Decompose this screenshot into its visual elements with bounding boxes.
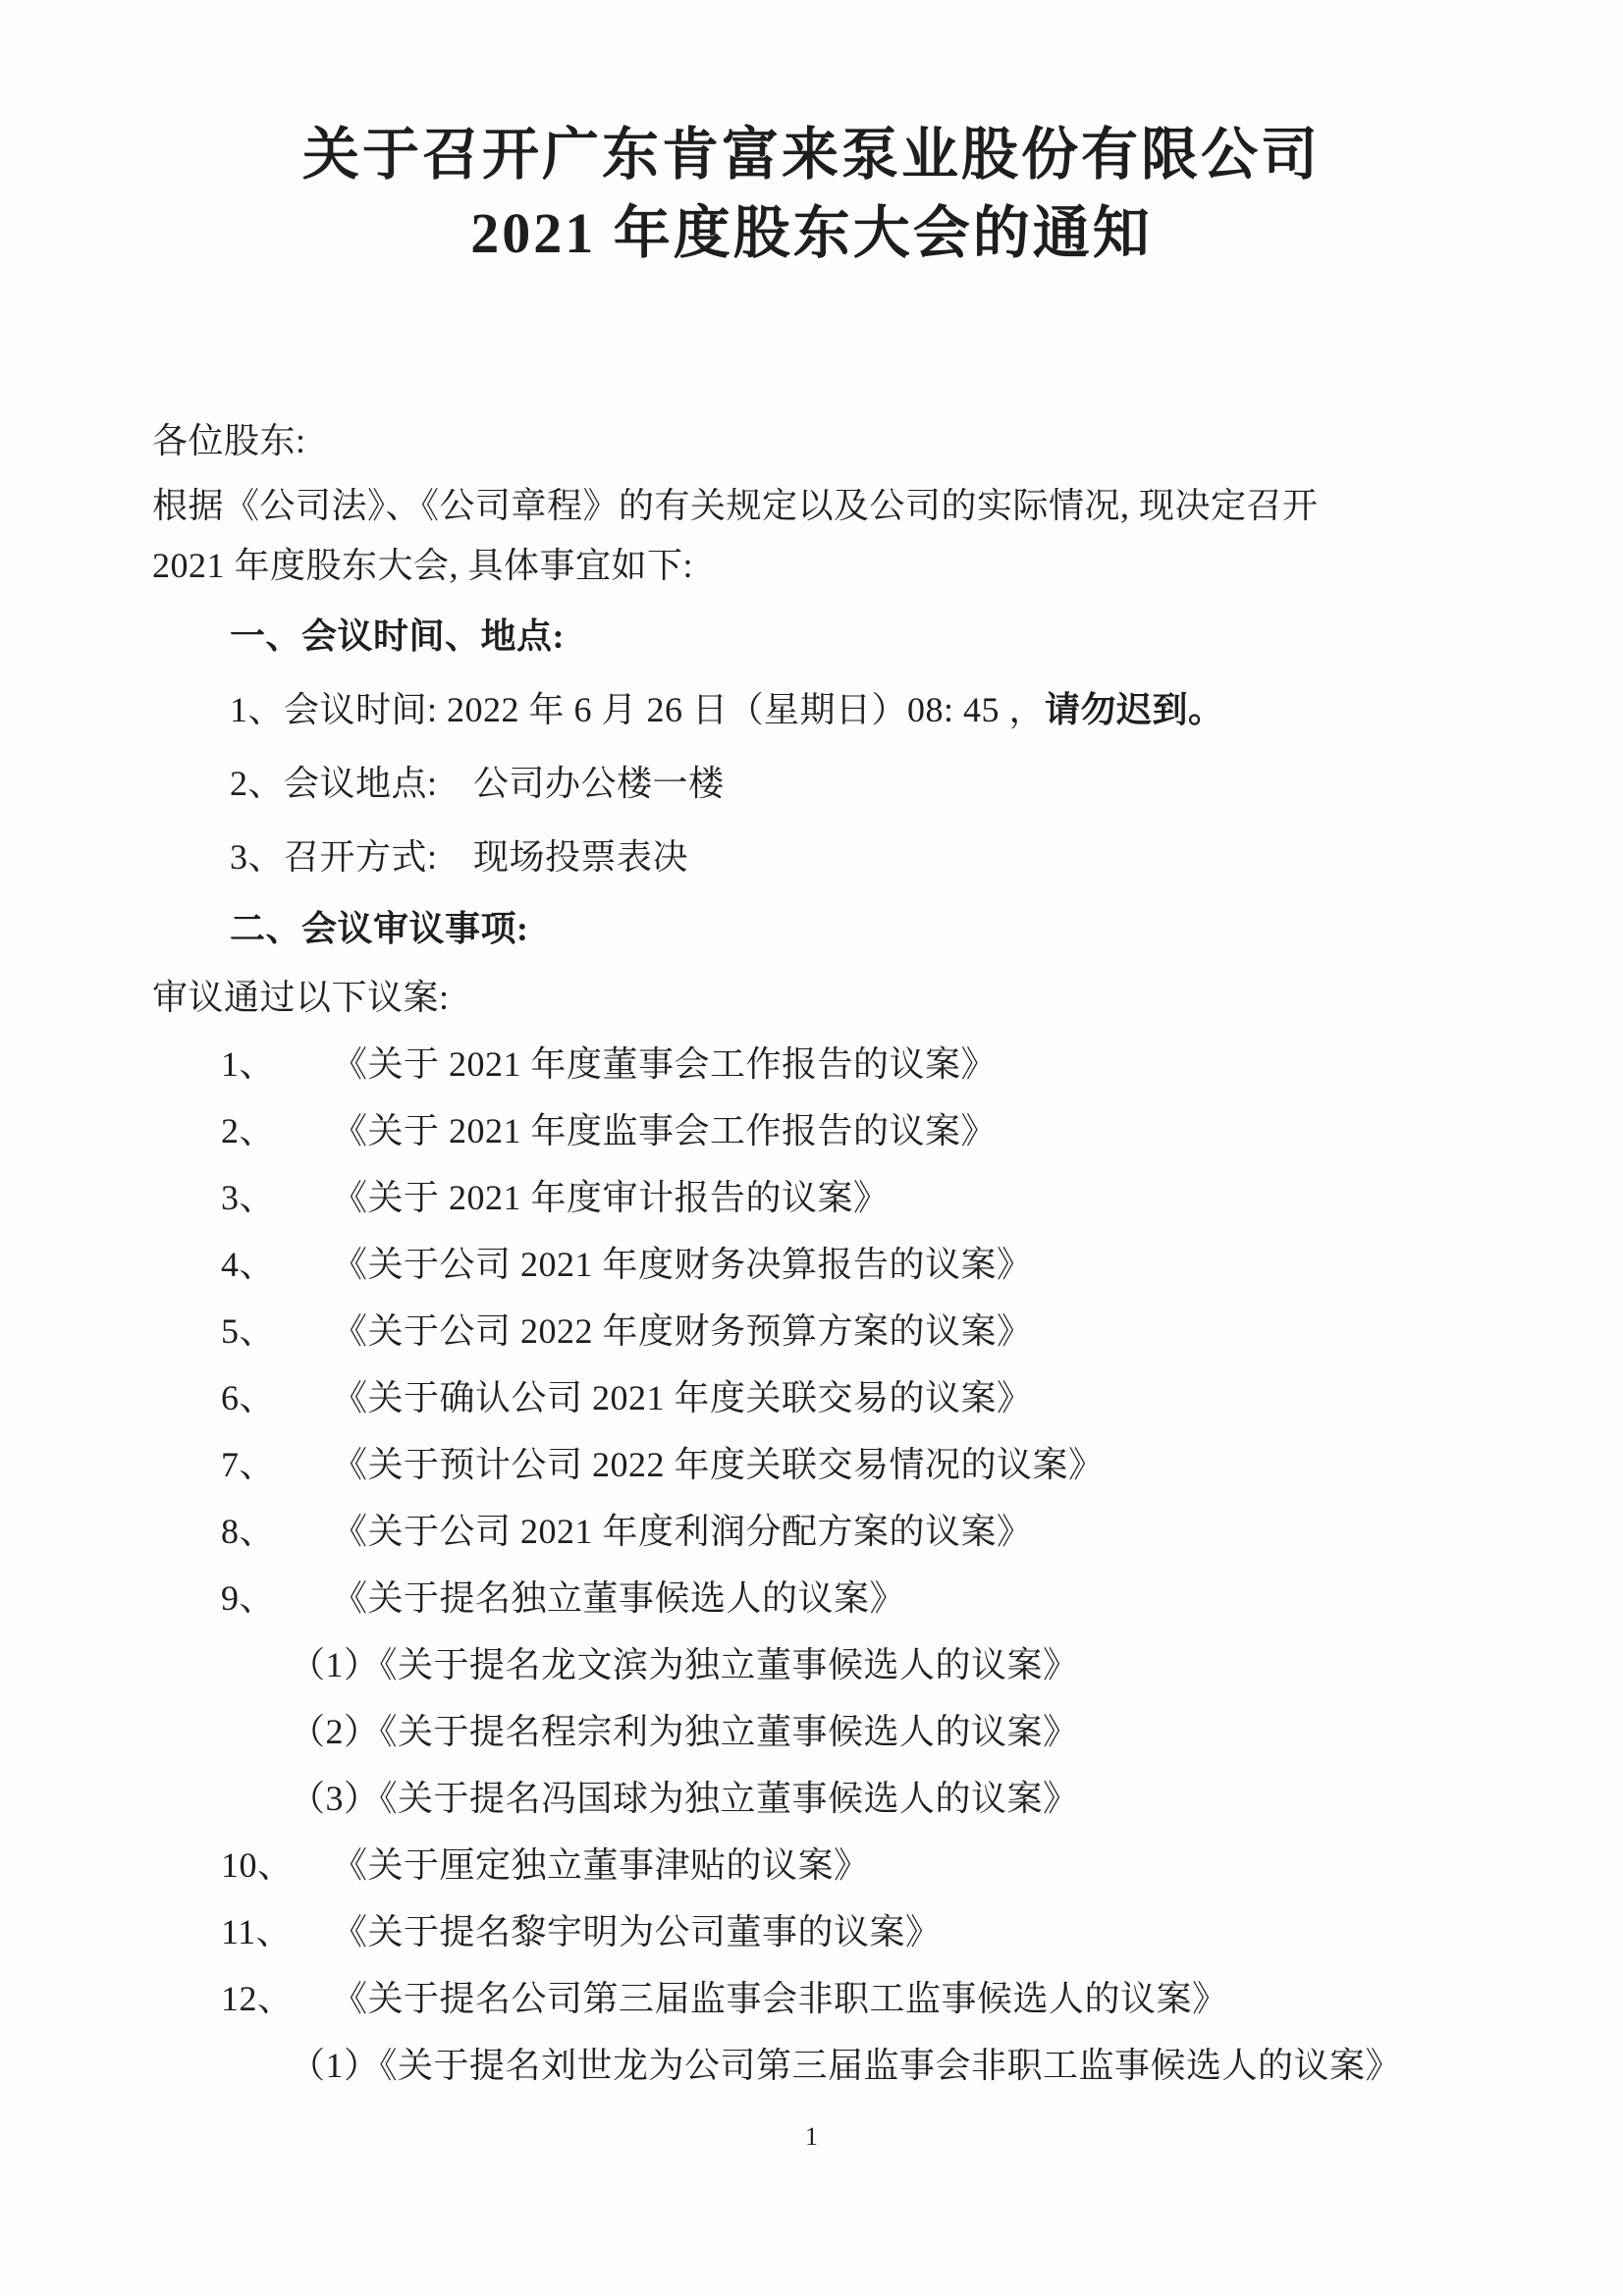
proposal-row: 5、《关于公司 2022 年度财务预算方案的议案》 (152, 1302, 1471, 1362)
section-heading-meeting-time-place: 一、会议时间、地点: (152, 607, 1471, 667)
proposal-text: 《关于 2021 年度董事会工作报告的议案》 (332, 1044, 997, 1084)
proposal-subrow: （1）《关于提名刘世龙为公司第三届监事会非职工监事候选人的议案》 (152, 2036, 1471, 2096)
section-heading-agenda: 二、会议审议事项: (152, 899, 1471, 959)
proposal-number: 9、 (221, 1569, 332, 1629)
proposal-number: 10、 (221, 1836, 332, 1896)
meeting-time-warning: 请勿迟到。 (1045, 690, 1224, 729)
meeting-time-text: 1、会议时间: 2022 年 6 月 26 日（星期日）08: 45 ， (230, 690, 1045, 729)
proposal-row: 8、《关于公司 2021 年度利润分配方案的议案》 (152, 1502, 1471, 1562)
proposal-text: 《关于提名程宗利为独立董事候选人的议案》 (380, 1712, 1079, 1751)
intro-line-2: 2021 年度股东大会, 具体事宜如下: (152, 536, 1471, 596)
proposal-row: 2、《关于 2021 年度监事会工作报告的议案》 (152, 1101, 1471, 1161)
salutation: 各位股东: (152, 411, 1471, 471)
document-title: 关于召开广东肯富来泵业股份有限公司 2021 年度股东大会的通知 (152, 0, 1471, 273)
page-number: 1 (0, 2122, 1623, 2152)
proposal-row: 4、《关于公司 2021 年度财务决算报告的议案》 (152, 1235, 1471, 1295)
proposal-row: 7、《关于预计公司 2022 年度关联交易情况的议案》 (152, 1435, 1471, 1495)
proposal-row: 1、《关于 2021 年度董事会工作报告的议案》 (152, 1035, 1471, 1095)
proposal-text: 《关于提名黎宇明为公司董事的议案》 (332, 1912, 942, 1951)
proposal-text: 《关于公司 2021 年度利润分配方案的议案》 (332, 1512, 1033, 1551)
proposal-text: 《关于公司 2021 年度财务决算报告的议案》 (332, 1245, 1033, 1284)
meeting-time-item: 1、会议时间: 2022 年 6 月 26 日（星期日）08: 45 ，请勿迟到… (152, 680, 1471, 740)
title-line-2: 2021 年度股东大会的通知 (152, 194, 1471, 273)
agenda-lead: 审议通过以下议案: (152, 968, 1471, 1028)
proposal-row: 6、《关于确认公司 2021 年度关联交易的议案》 (152, 1368, 1471, 1428)
document-page: 关于召开广东肯富来泵业股份有限公司 2021 年度股东大会的通知 各位股东: 根… (0, 0, 1623, 2296)
proposal-text: 《关于确认公司 2021 年度关联交易的议案》 (332, 1378, 1033, 1417)
proposal-number: 12、 (221, 1969, 332, 2029)
intro-line-1: 根据《公司法》、《公司章程》的有关规定以及公司的实际情况, 现决定召开 (152, 476, 1471, 536)
meeting-place-item: 2、会议地点: 公司办公楼一楼 (152, 754, 1471, 814)
proposal-text: 《关于提名刘世龙为公司第三届监事会非职工监事候选人的议案》 (380, 2046, 1402, 2085)
proposal-subrow: （2）《关于提名程宗利为独立董事候选人的议案》 (152, 1702, 1471, 1762)
proposal-row: 10、《关于厘定独立董事津贴的议案》 (152, 1836, 1471, 1896)
meeting-method-item: 3、召开方式: 现场投票表决 (152, 828, 1471, 887)
proposal-text: 《关于厘定独立董事津贴的议案》 (332, 1845, 870, 1885)
proposal-number: 8、 (221, 1502, 332, 1562)
proposal-number: 11、 (221, 1902, 332, 1962)
proposal-text: 《关于 2021 年度审计报告的议案》 (332, 1178, 890, 1217)
proposal-subrow: （3）《关于提名冯国球为独立董事候选人的议案》 (152, 1769, 1471, 1829)
proposal-text: 《关于提名龙文滨为独立董事候选人的议案》 (380, 1645, 1079, 1684)
proposal-text: 《关于预计公司 2022 年度关联交易情况的议案》 (332, 1445, 1105, 1484)
proposal-row: 9、《关于提名独立董事候选人的议案》 (152, 1569, 1471, 1629)
proposal-row: 3、《关于 2021 年度审计报告的议案》 (152, 1168, 1471, 1228)
proposal-text: 《关于提名公司第三届监事会非职工监事候选人的议案》 (332, 1979, 1228, 2018)
title-line-1: 关于召开广东肯富来泵业股份有限公司 (152, 116, 1471, 194)
proposal-text: 《关于提名冯国球为独立董事候选人的议案》 (380, 1779, 1079, 1818)
proposal-number: 1、 (221, 1035, 332, 1095)
proposal-number: 6、 (221, 1368, 332, 1428)
proposal-number: 3、 (221, 1168, 332, 1228)
proposal-text: 《关于公司 2022 年度财务预算方案的议案》 (332, 1311, 1033, 1351)
proposal-text: 《关于 2021 年度监事会工作报告的议案》 (332, 1111, 997, 1150)
proposal-text: 《关于提名独立董事候选人的议案》 (332, 1578, 905, 1618)
proposal-row: 12、《关于提名公司第三届监事会非职工监事候选人的议案》 (152, 1969, 1471, 2029)
proposal-number: 4、 (221, 1235, 332, 1295)
proposal-row: 11、《关于提名黎宇明为公司董事的议案》 (152, 1902, 1471, 1962)
proposal-number: 7、 (221, 1435, 332, 1495)
proposal-number: （3） (290, 1779, 380, 1818)
proposal-number: （1） (290, 1645, 380, 1684)
proposal-number: （1） (290, 2046, 380, 2085)
proposal-subrow: （1）《关于提名龙文滨为独立董事候选人的议案》 (152, 1635, 1471, 1695)
proposal-number: （2） (290, 1712, 380, 1751)
proposal-number: 5、 (221, 1302, 332, 1362)
proposal-number: 2、 (221, 1101, 332, 1161)
